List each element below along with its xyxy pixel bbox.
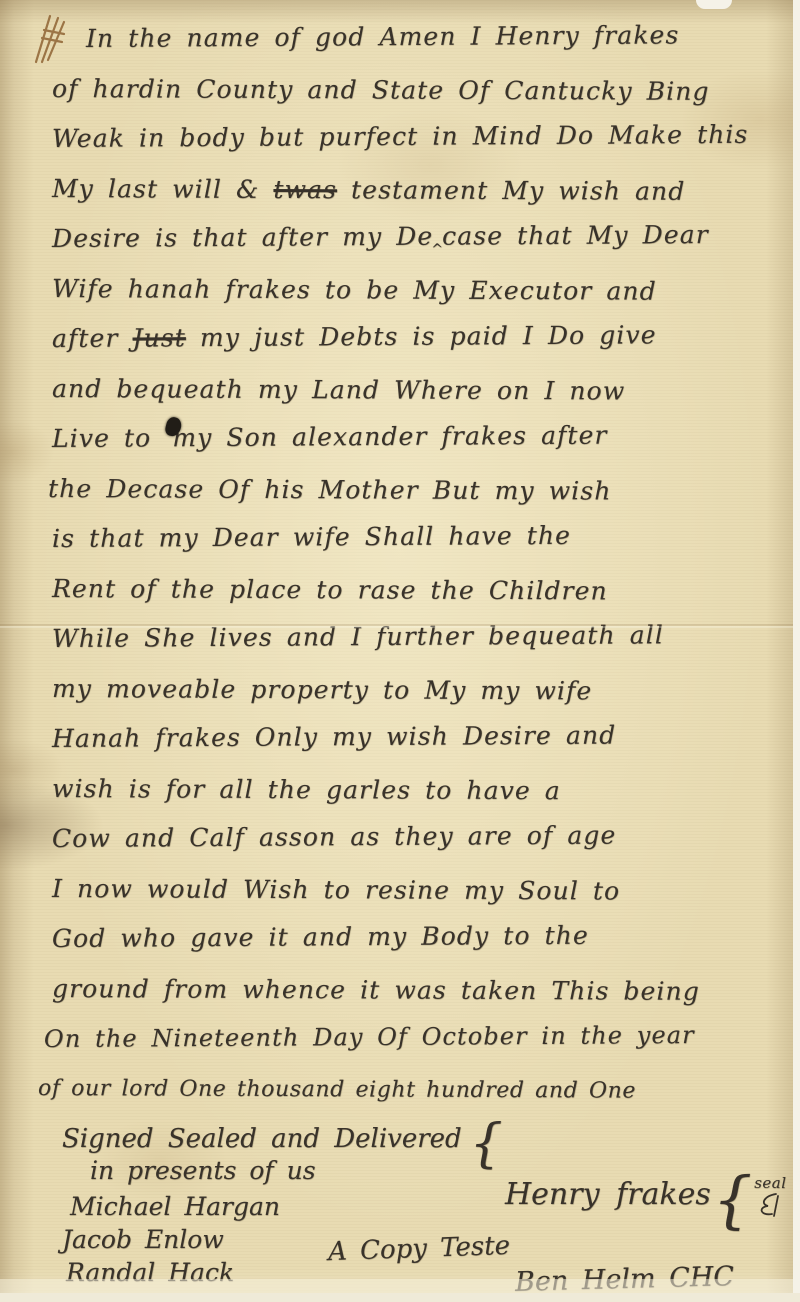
manuscript-line: While She lives and I further bequeath a… [52, 610, 784, 664]
manuscript-text: ground from whence it was taken This bei… [52, 974, 700, 1006]
witness-signature: Michael Hargan [70, 1190, 280, 1223]
manuscript-line: Hanah frakes Only my wish Desire and [52, 710, 784, 764]
manuscript-lines: In the name of god Amen I Henry frakesof… [52, 14, 784, 1114]
paper-bottom-band [0, 1279, 800, 1293]
attestation-opening-text: Signed Sealed and Delivered [62, 1124, 462, 1154]
brace-glyph: { [470, 1114, 503, 1174]
seal-flourish-icon [754, 1192, 784, 1218]
torn-edge-notch [696, 0, 732, 9]
manuscript-text: is that my Dear wife Shall have the [52, 521, 571, 553]
manuscript-text: Cow and Calf asson as they are of age [52, 821, 616, 853]
manuscript-text: of our lord One thousand eight hundred a… [38, 1076, 636, 1104]
manuscript-line: In the name of god Amen I Henry frakes [86, 10, 784, 64]
scan-edge-right [793, 0, 800, 1302]
manuscript-line: Weak in body but purfect in Mind Do Make… [52, 110, 784, 164]
manuscript-page: In the name of god Amen I Henry frakesof… [0, 0, 800, 1302]
manuscript-line: of our lord One thousand eight hundred a… [38, 1064, 784, 1117]
manuscript-text: Live to [52, 423, 165, 453]
manuscript-line: after Just my just Debts is paid I Do gi… [52, 310, 784, 364]
manuscript-text: God who gave it and my Body to the [52, 921, 589, 953]
manuscript-text: Rent of the place to rase the Children [52, 574, 608, 605]
seal-label: seal [754, 1174, 786, 1192]
struck-word: Just [132, 323, 186, 352]
signature-name: Henry frakes [505, 1177, 711, 1212]
scan-canvas: In the name of god Amen I Henry frakesof… [0, 0, 800, 1302]
manuscript-text: after [52, 324, 133, 353]
manuscript-text: My last will & [52, 174, 274, 204]
seal-cluster: {seal [713, 1174, 787, 1218]
manuscript-text: my Son alexander frakes after [172, 421, 607, 453]
manuscript-line: is that my Dear wife Shall have the [52, 510, 784, 564]
manuscript-text: testament My wish and [337, 175, 685, 206]
manuscript-text: wish is for all the garles to have a [52, 774, 561, 805]
manuscript-text: Wife hanah frakes to be My Executor and [52, 274, 657, 306]
manuscript-line: Cow and Calf asson as they are of age [52, 810, 784, 864]
manuscript-text: case that My Dear [442, 220, 709, 251]
scan-edge-bottom [0, 1293, 800, 1302]
manuscript-text: In the name of god Amen I Henry frakes [86, 20, 680, 53]
manuscript-line: God who gave it and my Body to the [52, 910, 784, 964]
manuscript-text: On the Nineteenth Day Of October in the … [44, 1021, 695, 1053]
manuscript-text: Desire is that after my De [52, 222, 433, 253]
attestation-block: Signed Sealed and Delivered{ in presents… [0, 1116, 800, 1302]
manuscript-line: Desire is that after my De^case that My … [52, 210, 784, 264]
manuscript-line: On the Nineteenth Day Of October in the … [44, 1009, 784, 1064]
manuscript-text: I now would Wish to resine my Soul to [52, 874, 620, 905]
manuscript-text: and bequeath my Land Where on I now [52, 374, 625, 406]
manuscript-text: the Decase Of his Mother But my wish [48, 474, 612, 505]
struck-word: twas [273, 175, 337, 204]
copy-teste-note: A Copy Teste [328, 1231, 511, 1267]
fold-crease [0, 624, 800, 629]
attestation-presence: in presents of us [90, 1156, 316, 1185]
manuscript-text: my moveable property to My my wife [52, 674, 592, 705]
testator-signature: Henry frakes{seal [505, 1174, 787, 1218]
manuscript-text: Hanah frakes Only my wish Desire and [52, 721, 616, 753]
witness-signature: Jacob Enlow [62, 1223, 280, 1256]
manuscript-line: Live to my Son alexander frakes after [52, 410, 784, 464]
manuscript-text: Weak in body but purfect in Mind Do Make… [52, 120, 749, 153]
witness-list: Michael HarganJacob EnlowRandal Hack [70, 1190, 280, 1289]
manuscript-text: of hardin County and State Of Cantucky B… [52, 74, 710, 106]
manuscript-text: my just Debts is paid I Do give [186, 320, 657, 352]
